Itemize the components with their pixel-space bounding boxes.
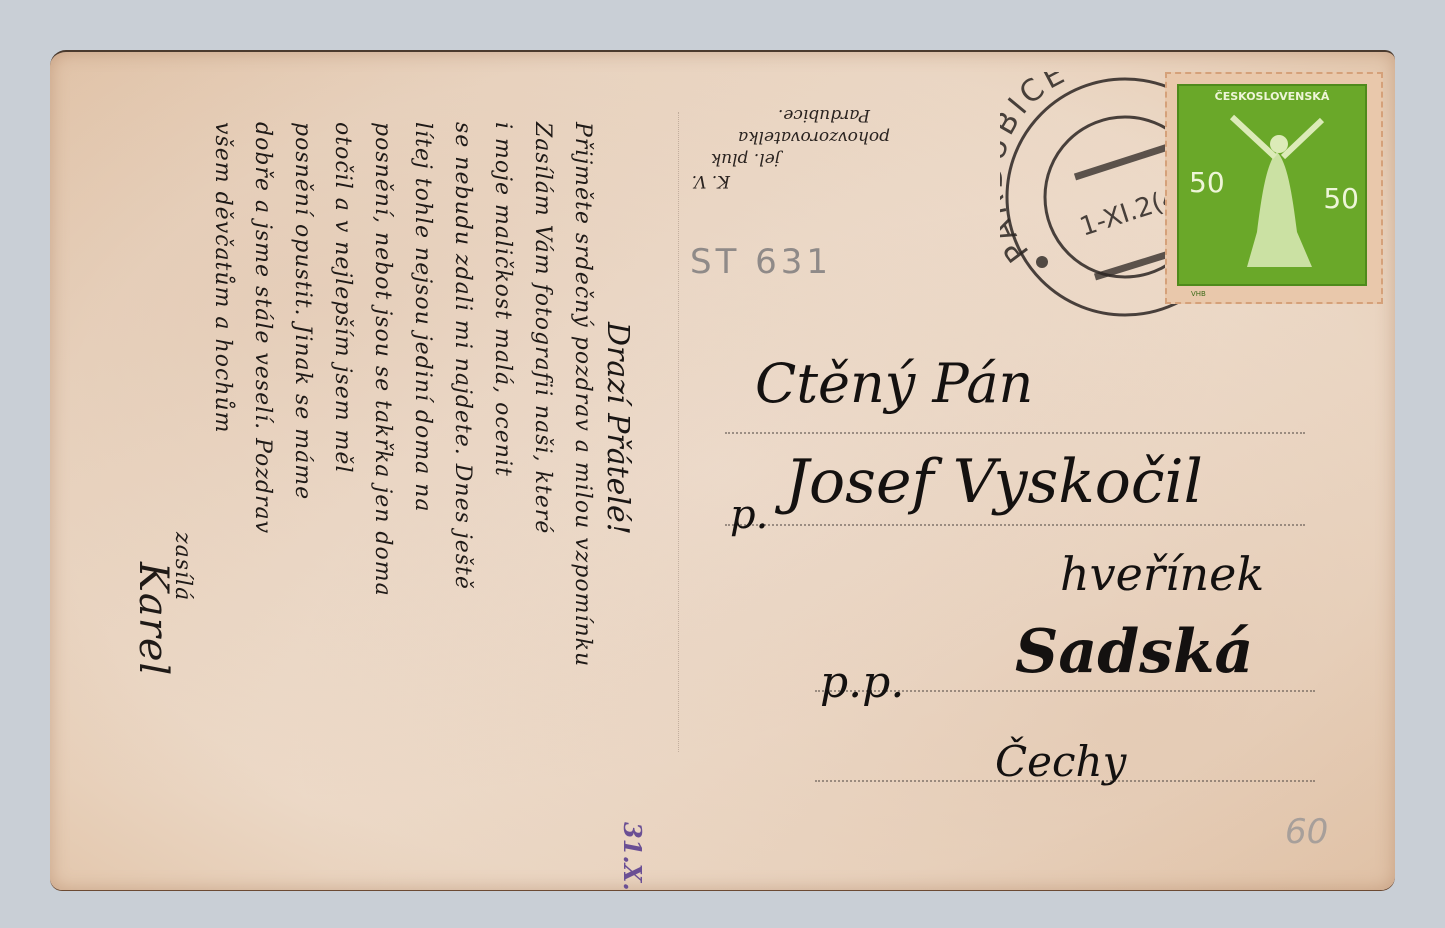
postcard-back: Přijměte srdečný pozdrav a milou vzpomín… bbox=[50, 50, 1395, 890]
sender-line: Pardubice. bbox=[630, 104, 930, 126]
address-rule bbox=[725, 524, 1305, 526]
letter-line: se nebudu zdali mi najdete. Dnes ještě bbox=[450, 122, 475, 590]
sender-line: jel. pluk bbox=[630, 148, 930, 170]
address-locality: hveřínek bbox=[1060, 547, 1264, 601]
letter-line: posnění, nebot jsou se takřka jen doma bbox=[370, 122, 395, 597]
address-rule bbox=[725, 432, 1305, 434]
letter-line: Karel bbox=[130, 562, 176, 676]
letter-line: Přijměte srdečný pozdrav a milou vzpomín… bbox=[570, 122, 595, 667]
letter-body: Přijměte srdečný pozdrav a milou vzpomín… bbox=[70, 92, 630, 852]
stamp-value-right: 50 bbox=[1323, 182, 1359, 215]
letter-line: Zasílám Vám fotografii naši, které bbox=[530, 122, 555, 534]
address-post-office: Sadská bbox=[1015, 617, 1253, 687]
letter-date: 31.X.-24 bbox=[618, 822, 647, 890]
center-divider bbox=[678, 112, 679, 752]
stamp-country: ČESKOSLOVENSKÁ bbox=[1179, 90, 1365, 103]
stamp-design: ČESKOSLOVENSKÁ 50 50 VHB bbox=[1177, 84, 1367, 286]
address-prefix: p. bbox=[730, 492, 768, 538]
stamp-imprint: VHB bbox=[1191, 290, 1206, 298]
pencil-inventory-code: ST 631 bbox=[690, 242, 832, 282]
letter-line: otočil a v nejlepším jsem měl bbox=[330, 122, 355, 473]
address-country: Čechy bbox=[995, 737, 1126, 786]
letter-line: lítej tohle nejsou jediní doma na bbox=[410, 122, 435, 513]
letter-greeting: Drazí Přátelé! bbox=[600, 322, 635, 535]
letter-line: všem děvčatům a hochům bbox=[210, 122, 235, 433]
postage-stamp: ČESKOSLOVENSKÁ 50 50 VHB bbox=[1165, 72, 1383, 304]
address-post-prefix: p.p. bbox=[820, 657, 904, 708]
sender-note: K. V. jel. pluk pohovzorovatelka Pardubi… bbox=[630, 82, 930, 192]
sender-line: pohovzorovatelka bbox=[630, 126, 930, 148]
stamp-value-left: 50 bbox=[1189, 166, 1225, 199]
liberated-republic-figure-icon bbox=[1227, 112, 1327, 272]
letter-line: i moje maličkost malá, ocenit bbox=[490, 122, 515, 477]
pencil-corner-mark: 60 bbox=[1285, 812, 1328, 852]
address-recipient-name: Josef Vyskočil bbox=[785, 447, 1203, 517]
letter-line: posnění opustit. Jinak se máme bbox=[290, 122, 315, 500]
letter-line: dobře a jsme stále veselí. Pozdrav bbox=[250, 122, 275, 534]
sender-line: K. V. bbox=[630, 170, 930, 192]
address-salutation: Ctěný Pán bbox=[755, 352, 1033, 415]
